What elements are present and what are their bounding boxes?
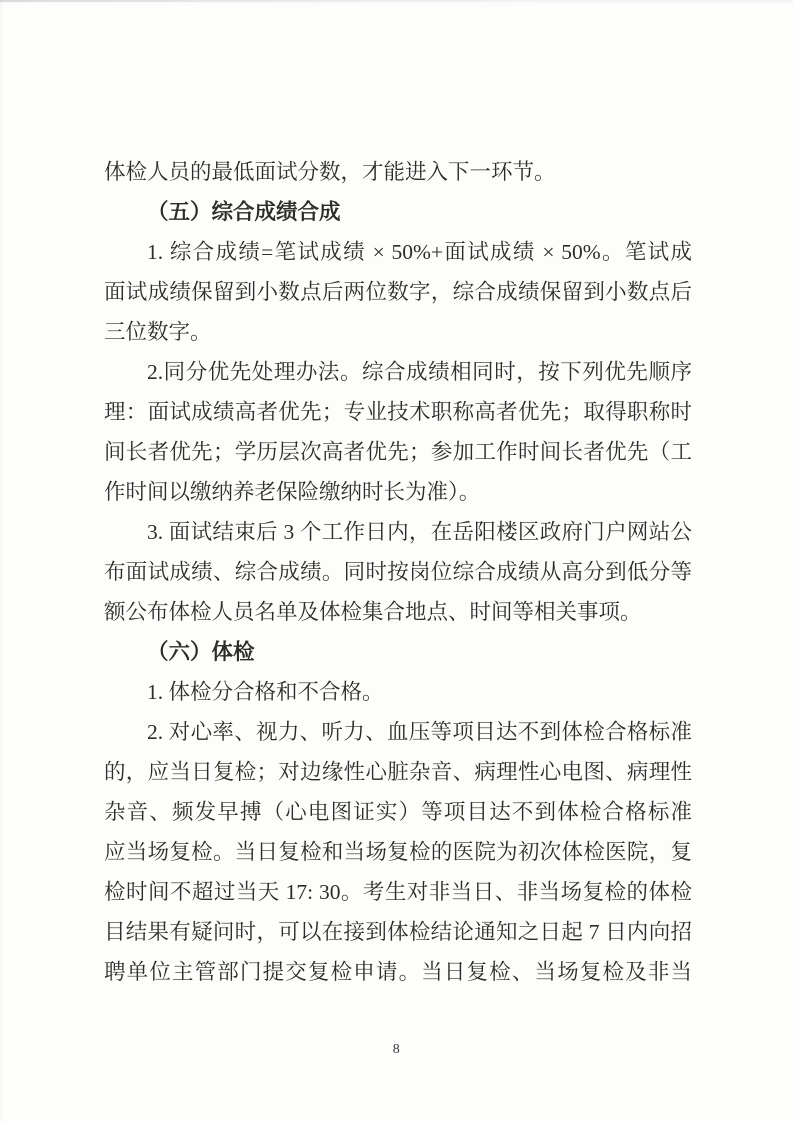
text-line: 体检人员的最低面试分数，才能进入下一环节。 xyxy=(104,152,692,192)
scan-edge-shadow xyxy=(0,0,793,2)
text-line: 3. 面试结束后 3 个工作日内，在岳阳楼区政府门户网站公 xyxy=(104,512,692,552)
text-line: 检时间不超过当天 17: 30。考生对非当日、非当场复检的体检项 xyxy=(104,872,692,912)
text-line: 布面试成绩、综合成绩。同时按岗位综合成绩从高分到低分等 xyxy=(104,552,692,592)
text-line: 间长者优先；学历层次高者优先；参加工作时间长者优先（工 xyxy=(104,432,692,472)
text-line: 2. 对心率、视力、听力、血压等项目达不到体检合格标准 xyxy=(104,712,692,752)
document-page: 体检人员的最低面试分数，才能进入下一环节。（五）综合成绩合成1. 综合成绩=笔试… xyxy=(0,0,793,1121)
text-line: 应当场复检。当日复检和当场复检的医院为初次体检医院，复 xyxy=(104,832,692,872)
text-line: 三位数字。 xyxy=(104,312,692,352)
page-number: 8 xyxy=(0,1040,793,1060)
text-line: 理：面试成绩高者优先；专业技术职称高者优先；取得职称时 xyxy=(104,392,692,432)
text-line: （五）综合成绩合成 xyxy=(104,192,692,232)
text-line: 额公布体检人员名单及体检集合地点、时间等相关事项。 xyxy=(104,592,692,632)
text-line: 聘单位主管部门提交复检申请。当日复检、当场复检及非当日、 xyxy=(104,952,692,992)
paragraph: 2.同分优先处理办法。综合成绩相同时，按下列优先顺序处理：面试成绩高者优先；专业… xyxy=(104,352,692,512)
text-line: 1. 体检分合格和不合格。 xyxy=(104,672,692,712)
text-line: 目结果有疑问时，可以在接到体检结论通知之日起 7 日内向招 xyxy=(104,912,692,952)
text-line: 1. 综合成绩=笔试成绩 × 50%+面试成绩 × 50%。笔试成绩、 xyxy=(104,232,692,272)
text-line: 面试成绩保留到小数点后两位数字，综合成绩保留到小数点后 xyxy=(104,272,692,312)
text-line: 2.同分优先处理办法。综合成绩相同时，按下列优先顺序处 xyxy=(104,352,692,392)
paragraph: 3. 面试结束后 3 个工作日内，在岳阳楼区政府门户网站公布面试成绩、综合成绩。… xyxy=(104,512,692,632)
document-body: 体检人员的最低面试分数，才能进入下一环节。（五）综合成绩合成1. 综合成绩=笔试… xyxy=(104,152,692,992)
section-heading: （五）综合成绩合成 xyxy=(104,192,692,232)
text-line: 的，应当日复检；对边缘性心脏杂音、病理性心电图、病理性 xyxy=(104,752,692,792)
paragraph: 2. 对心率、视力、听力、血压等项目达不到体检合格标准的，应当日复检；对边缘性心… xyxy=(104,712,692,992)
paragraph: 体检人员的最低面试分数，才能进入下一环节。 xyxy=(104,152,692,192)
text-line: （六）体检 xyxy=(104,632,692,672)
section-heading: （六）体检 xyxy=(104,632,692,672)
paragraph: 1. 综合成绩=笔试成绩 × 50%+面试成绩 × 50%。笔试成绩、面试成绩保… xyxy=(104,232,692,352)
text-line: 杂音、频发早搏（心电图证实）等项目达不到体检合格标准的， xyxy=(104,792,692,832)
paragraph: 1. 体检分合格和不合格。 xyxy=(104,672,692,712)
text-line: 作时间以缴纳养老保险缴纳时长为准）。 xyxy=(104,472,692,512)
